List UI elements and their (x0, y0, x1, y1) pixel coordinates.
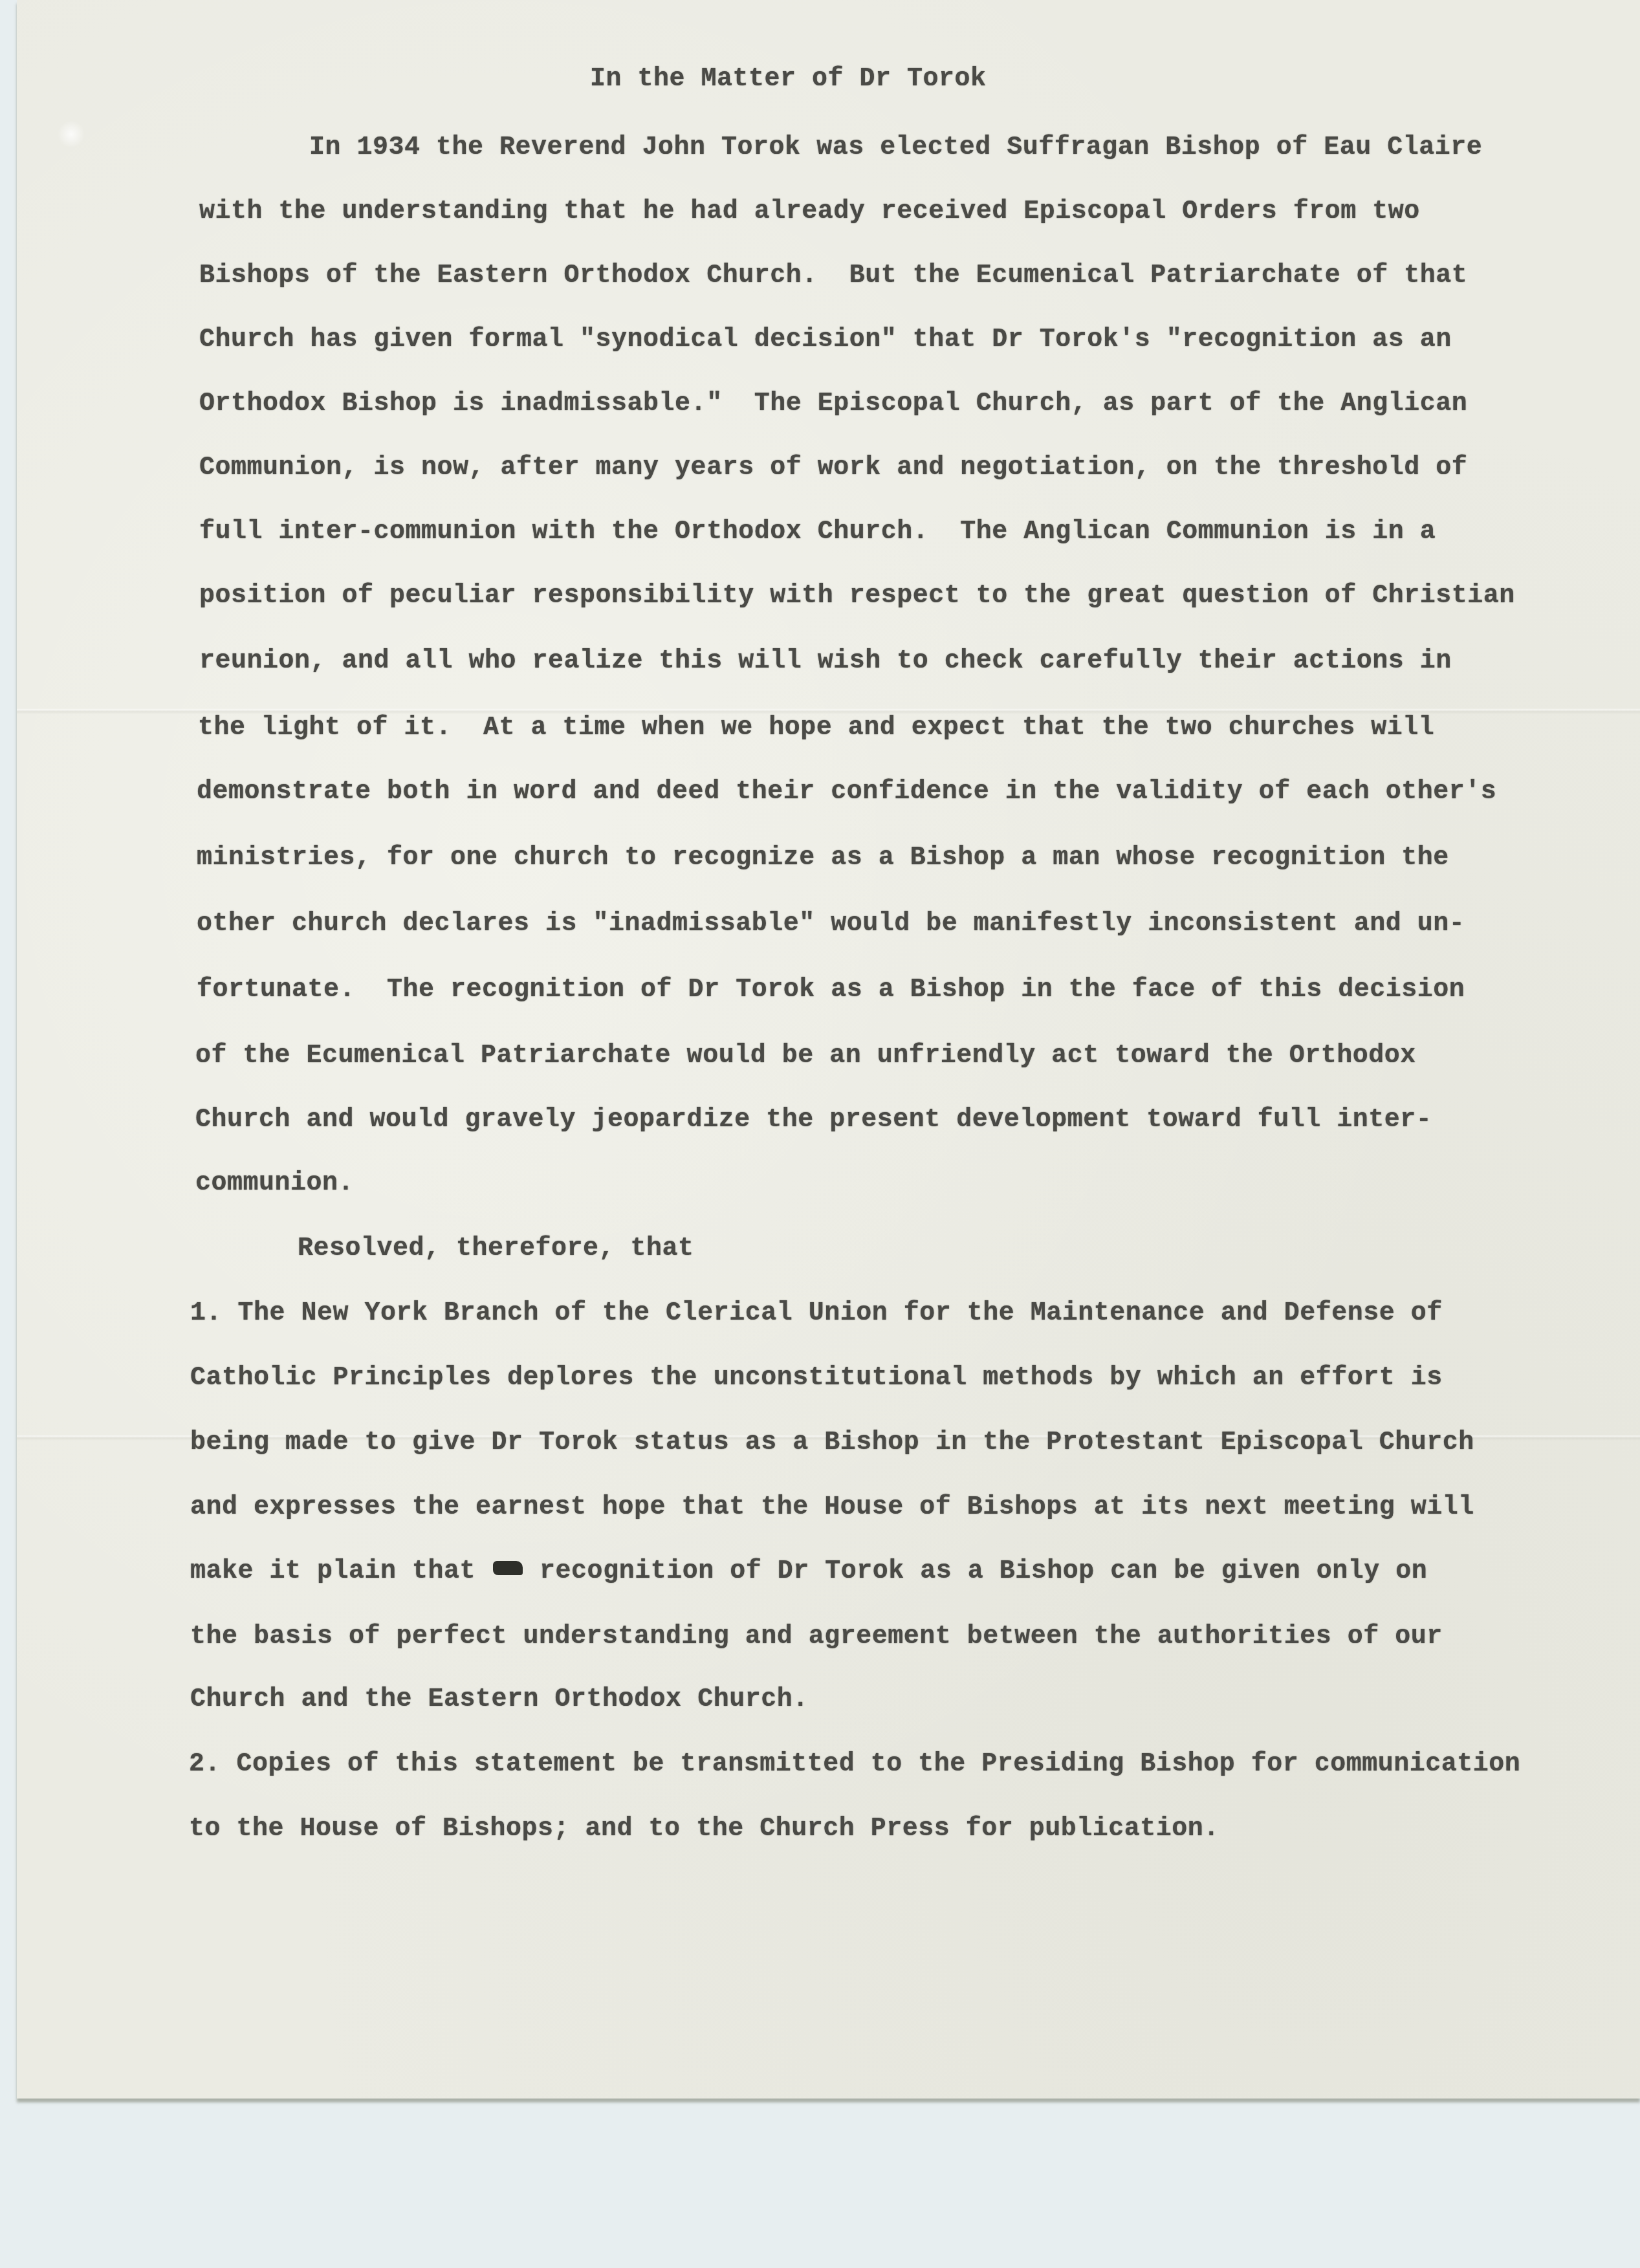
preamble-line: In 1934 the Reverend John Torok was elec… (309, 133, 1482, 163)
preamble-line: reunion, and all who realize this will w… (199, 647, 1452, 677)
preamble-line: demonstrate both in word and deed their … (197, 778, 1496, 807)
resolution-1-line: the basis of perfect understanding and a… (190, 1622, 1443, 1652)
preamble-line: Orthodox Bishop is inadmissable." The Ep… (199, 389, 1467, 419)
ink-blot-strikeout (493, 1561, 523, 1575)
line-start-text: make it plain that (190, 1557, 476, 1586)
preamble-line: Communion, is now, after many years of w… (199, 453, 1467, 483)
resolution-1-line: make it plain that recognition of Dr Tor… (190, 1557, 1427, 1587)
preamble-line: fortunate. The recognition of Dr Torok a… (197, 976, 1465, 1005)
resolution-1-line: and expresses the earnest hope that the … (190, 1493, 1474, 1523)
resolution-1-line: 1. The New York Branch of the Clerical U… (190, 1299, 1443, 1329)
paper-tear-mark (58, 120, 84, 149)
line-end-text: recognition of Dr Torok as a Bishop can … (540, 1557, 1427, 1586)
resolved-intro: Resolved, therefore, that (298, 1234, 694, 1264)
preamble-line: other church declares is "inadmissable" … (197, 910, 1465, 939)
resolution-1-line: Catholic Principles deplores the unconst… (190, 1364, 1443, 1393)
preamble-line: with the understanding that he had alrea… (199, 197, 1420, 227)
preamble-line: the light of it. At a time when we hope … (198, 714, 1434, 743)
preamble-line: full inter-communion with the Orthodox C… (199, 518, 1436, 547)
preamble-line: Church and would gravely jeopardize the … (195, 1106, 1432, 1135)
preamble-line: ministries, for one church to recognize … (197, 844, 1449, 873)
preamble-line: communion. (195, 1169, 354, 1199)
resolution-1-line: being made to give Dr Torok status as a … (190, 1428, 1474, 1458)
document-title: In the Matter of Dr Torok (590, 65, 987, 94)
resolution-2-line: 2. Copies of this statement be transmitt… (189, 1750, 1520, 1780)
preamble-line: Bishops of the Eastern Orthodox Church. … (199, 261, 1467, 291)
preamble-line: of the Ecumenical Patriarchate would be … (195, 1041, 1416, 1071)
preamble-line: position of peculiar responsibility with… (199, 582, 1515, 611)
preamble-line: Church has given formal "synodical decis… (199, 325, 1452, 355)
resolution-2-line: to the House of Bishops; and to the Chur… (189, 1815, 1219, 1844)
resolution-1-line: Church and the Eastern Orthodox Church. (190, 1685, 809, 1715)
